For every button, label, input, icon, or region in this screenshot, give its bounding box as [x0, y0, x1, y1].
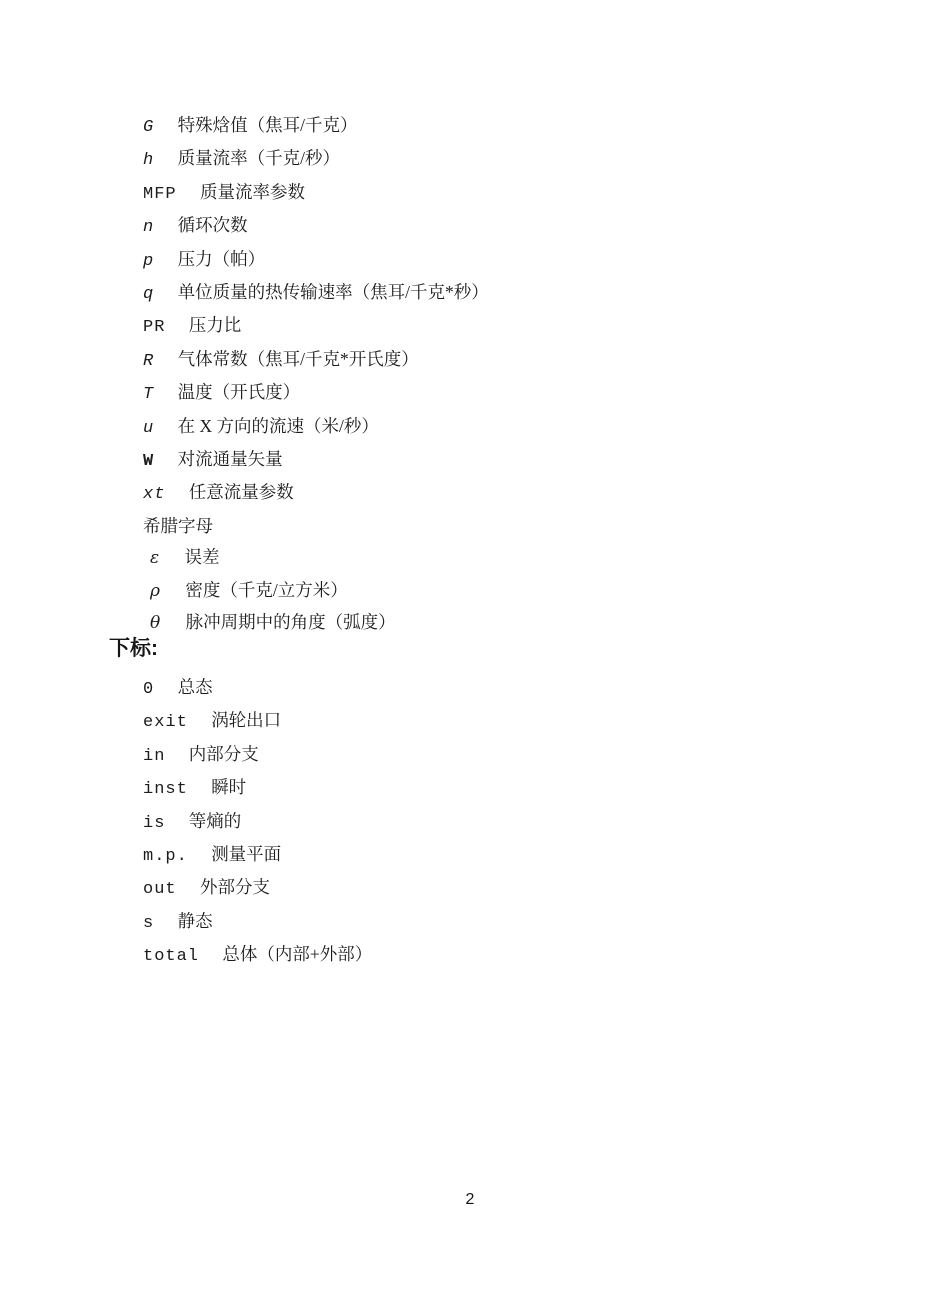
list-item: W 对流通量矢量	[143, 444, 489, 477]
list-item: 0 总态	[143, 672, 372, 705]
symbol-description: 单位质量的热传输速率（焦耳/千克*秒）	[178, 282, 489, 302]
list-item: n 循环次数	[143, 210, 489, 243]
list-item: h 质量流率（千克/秒）	[143, 143, 489, 176]
symbol-text: is	[143, 814, 165, 833]
symbol-description: 密度（千克/立方米）	[185, 580, 347, 600]
subscripts-heading: 下标:	[109, 632, 158, 662]
list-item: exit 涡轮出口	[143, 705, 372, 738]
list-item: θ 脉冲周期中的角度（弧度）	[143, 607, 489, 639]
list-item: G 特殊焓值（焦耳/千克）	[143, 110, 489, 143]
symbol-description: 总体（内部+外部）	[222, 944, 372, 964]
symbol-text: s	[143, 914, 154, 933]
list-item: out 外部分支	[143, 872, 372, 905]
list-item: is 等熵的	[143, 806, 372, 839]
symbol-description: 测量平面	[211, 844, 281, 864]
list-item: R 气体常数（焦耳/千克*开氏度）	[143, 344, 489, 377]
symbol-text: PR	[143, 318, 165, 337]
symbol-text: T	[143, 385, 154, 404]
symbol-text: W	[143, 452, 154, 471]
symbol-description: 误差	[185, 547, 220, 567]
symbol-description: 温度（开氏度）	[178, 382, 301, 402]
symbol-description: 希腊字母	[143, 516, 213, 536]
symbol-text: exit	[143, 713, 188, 732]
symbol-description: 涡轮出口	[211, 710, 281, 730]
page-number: 2	[14, 1191, 926, 1209]
symbol-description: 在 X 方向的流速（米/秒）	[178, 416, 379, 436]
symbol-description: 循环次数	[178, 215, 248, 235]
symbol-text: ρ	[143, 581, 160, 601]
symbol-text: p	[143, 252, 154, 271]
symbol-text: in	[143, 747, 165, 766]
symbol-description: 质量流率参数	[200, 182, 305, 202]
symbol-description: 瞬时	[211, 777, 246, 797]
symbol-text: xt	[143, 485, 165, 504]
symbol-text: MFP	[143, 185, 177, 204]
symbol-text: total	[143, 947, 199, 966]
symbol-description: 任意流量参数	[189, 482, 294, 502]
list-item: MFP 质量流率参数	[143, 177, 489, 210]
symbol-text: h	[143, 151, 154, 170]
symbol-text: ε	[143, 548, 159, 568]
symbol-description: 内部分支	[189, 744, 259, 764]
list-item: q 单位质量的热传输速率（焦耳/千克*秒）	[143, 277, 489, 310]
list-item: s 静态	[143, 906, 372, 939]
symbol-description: 压力比	[189, 315, 242, 335]
symbol-text: n	[143, 218, 154, 237]
symbol-description: 总态	[178, 677, 213, 697]
list-item: m.p. 测量平面	[143, 839, 372, 872]
symbol-text: u	[143, 419, 154, 438]
list-item: inst 瞬时	[143, 772, 372, 805]
list-item: in 内部分支	[143, 739, 372, 772]
symbol-text: G	[143, 118, 154, 137]
list-item: total 总体（内部+外部）	[143, 939, 372, 972]
symbol-text: R	[143, 352, 154, 371]
symbol-text: m.p.	[143, 847, 188, 866]
symbol-text: out	[143, 880, 177, 899]
symbol-description: 脉冲周期中的角度（弧度）	[186, 612, 396, 632]
symbol-text: q	[143, 285, 154, 304]
list-item: ρ 密度（千克/立方米）	[143, 575, 489, 607]
list-item: PR 压力比	[143, 310, 489, 343]
list-item: 希腊字母	[143, 511, 489, 542]
symbol-text: θ	[143, 613, 160, 633]
symbol-description: 静态	[178, 911, 213, 931]
symbol-description: 对流通量矢量	[178, 449, 283, 469]
symbol-text: 0	[143, 680, 154, 699]
symbol-description: 质量流率（千克/秒）	[178, 148, 340, 168]
symbol-description: 气体常数（焦耳/千克*开氏度）	[178, 349, 419, 369]
list-item: xt 任意流量参数	[143, 477, 489, 510]
subscript-list: 0 总态 exit 涡轮出口 in 内部分支 inst 瞬时 is 等熵的 m.…	[143, 672, 372, 973]
list-item: p 压力（帕）	[143, 244, 489, 277]
symbol-description: 特殊焓值（焦耳/千克）	[178, 115, 358, 135]
list-item: ε 误差	[143, 542, 489, 574]
list-item: u 在 X 方向的流速（米/秒）	[143, 411, 489, 444]
symbol-description: 等熵的	[189, 811, 242, 831]
nomenclature-symbol-list: G 特殊焓值（焦耳/千克） h 质量流率（千克/秒） MFP 质量流率参数 n …	[143, 110, 489, 640]
symbol-description: 压力（帕）	[178, 249, 266, 269]
document-page: G 特殊焓值（焦耳/千克） h 质量流率（千克/秒） MFP 质量流率参数 n …	[0, 0, 926, 1309]
symbol-description: 外部分支	[200, 877, 270, 897]
symbol-text: inst	[143, 780, 188, 799]
list-item: T 温度（开氏度）	[143, 377, 489, 410]
